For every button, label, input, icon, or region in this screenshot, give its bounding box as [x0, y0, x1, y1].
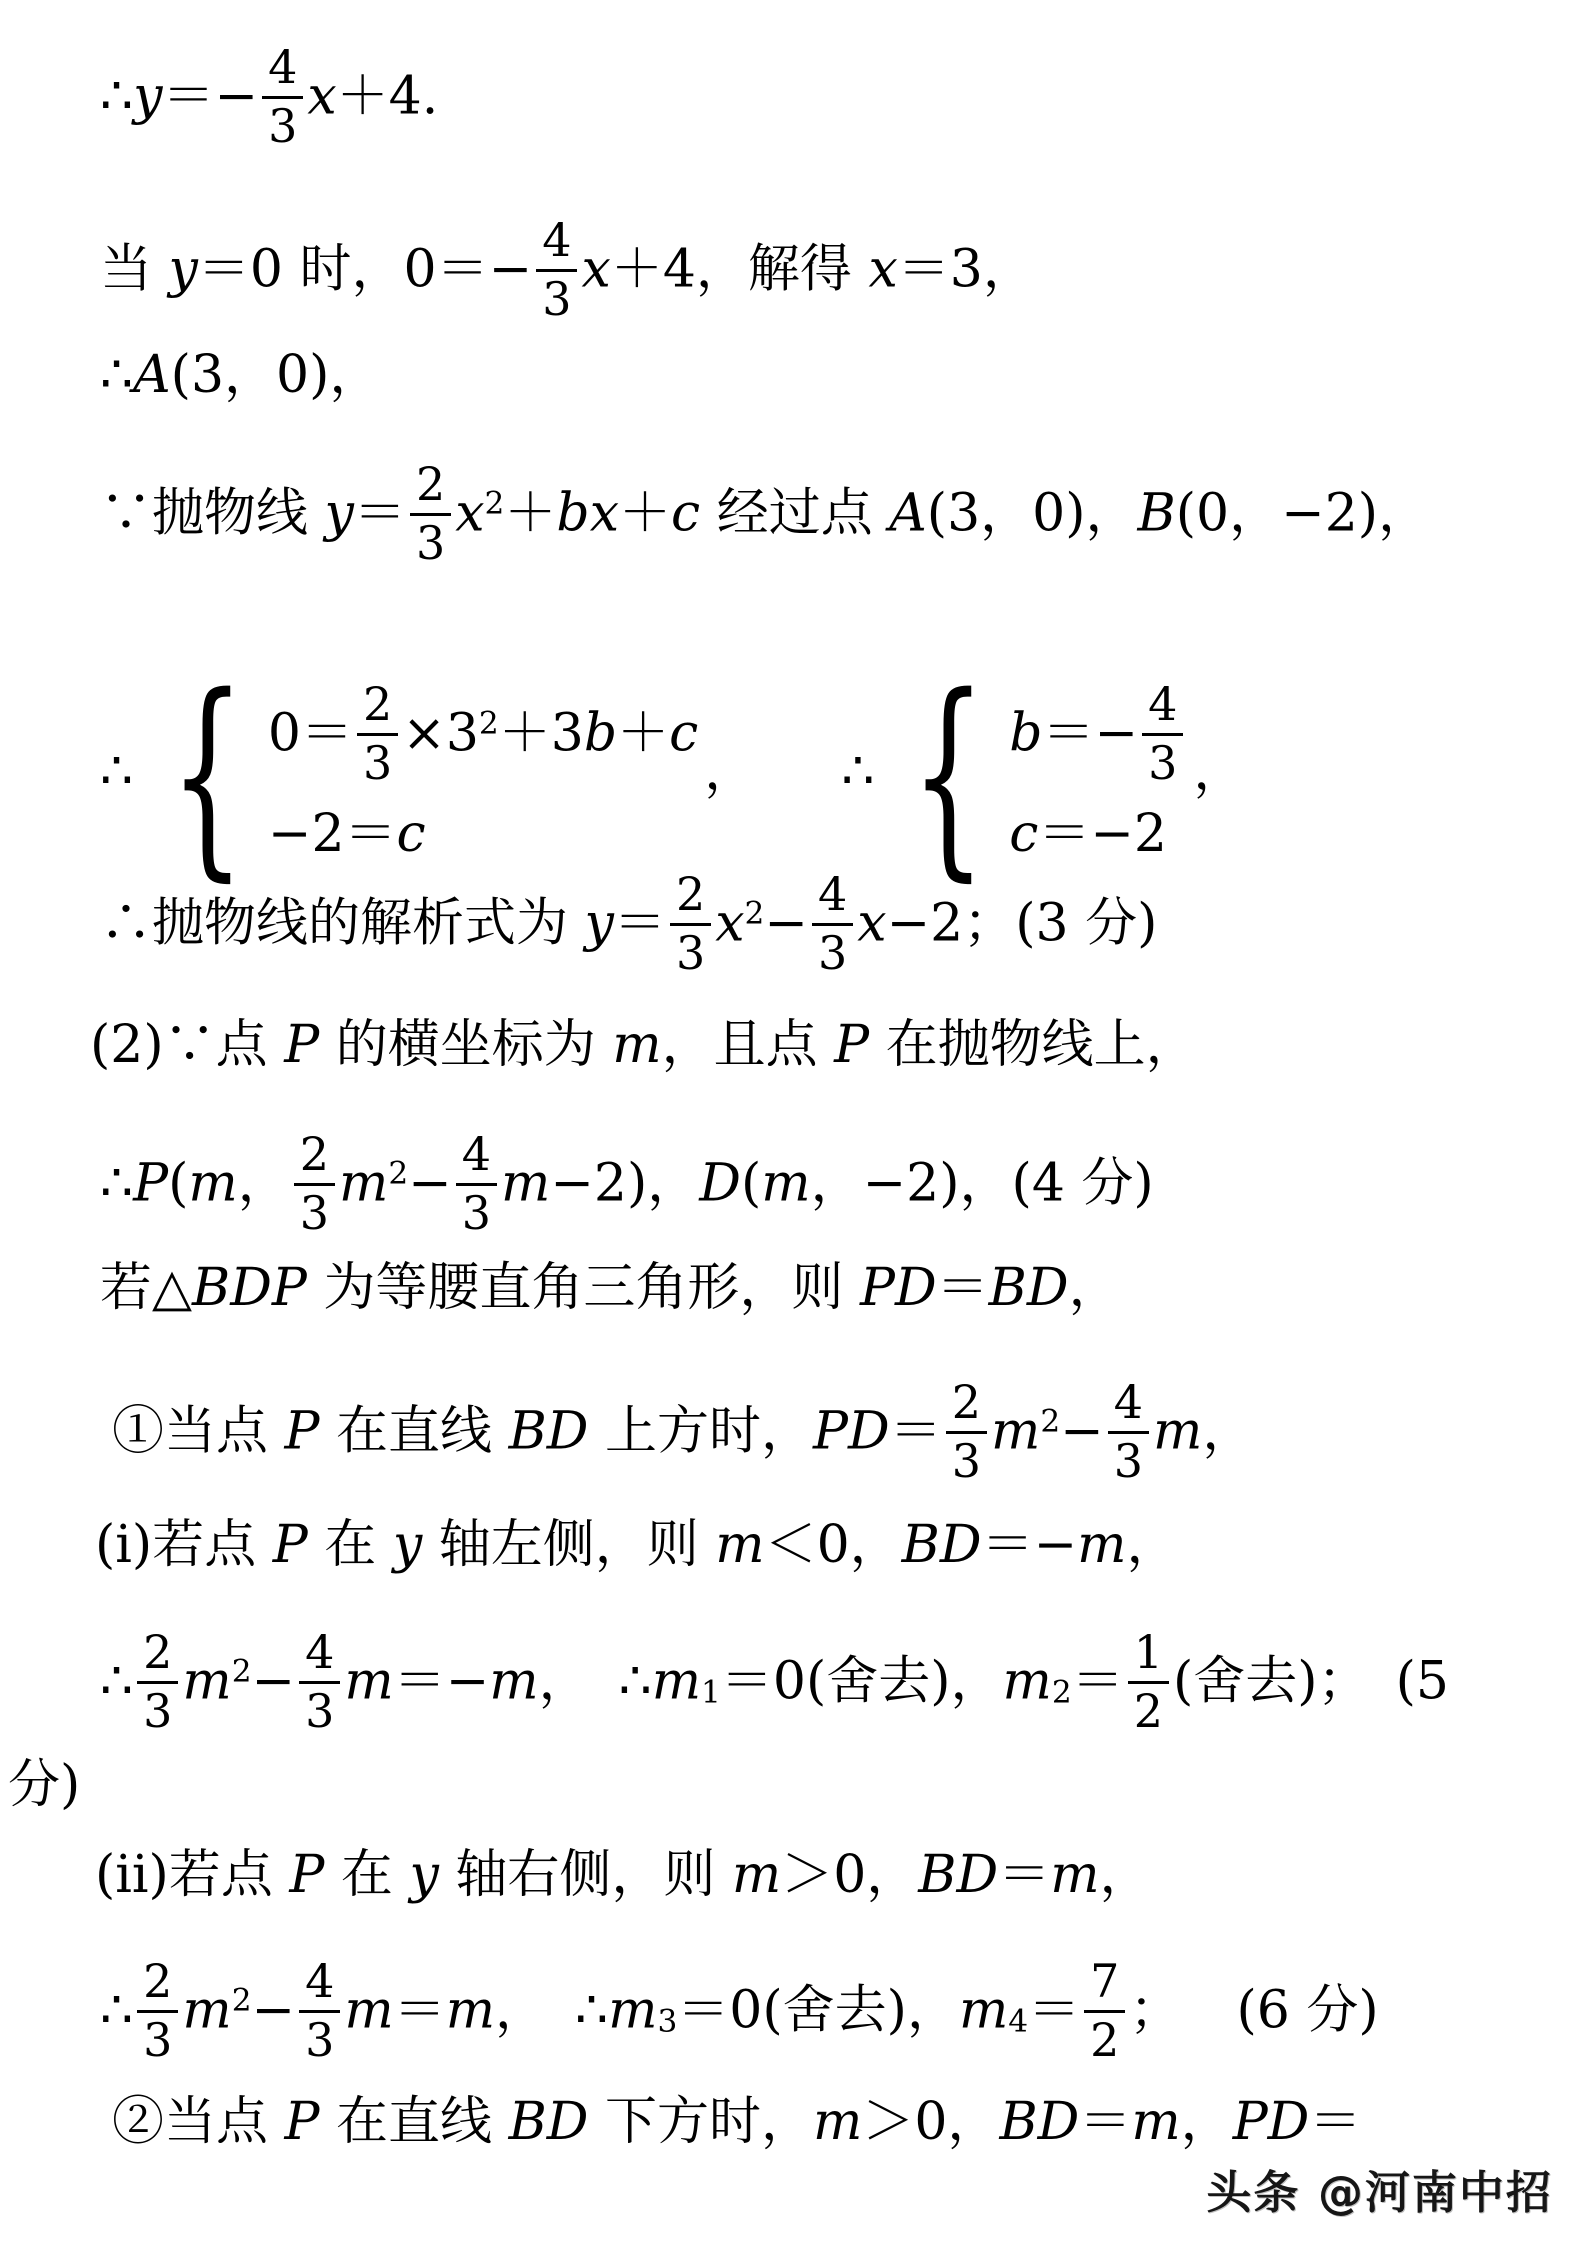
- numerator: 2: [137, 1957, 178, 2013]
- solution-line: (ii)若点 P 在 y 轴右侧，则 m＞0，BD＝m，: [95, 1843, 1152, 1908]
- math-text: ∵抛物线: [100, 484, 325, 544]
- math-variable: y: [585, 894, 614, 954]
- math-variable: bx: [556, 484, 619, 544]
- math-text: ＝: [1028, 1981, 1080, 2041]
- math-text: (: [168, 1154, 188, 1214]
- math-text: ＝−: [982, 1515, 1078, 1575]
- denominator: 3: [676, 926, 705, 979]
- denominator: 3: [542, 272, 571, 325]
- math-text: ＝−2: [1038, 804, 1167, 864]
- numerator: 4: [1142, 680, 1183, 736]
- math-text: −2；(3 分): [887, 894, 1158, 954]
- fraction: 23: [137, 1628, 178, 1736]
- math-variable: m: [344, 1981, 393, 2041]
- watermark: 头条 @河南中招: [1206, 2156, 1553, 2221]
- math-variable: m: [652, 1652, 701, 1712]
- math-variable: b: [584, 704, 617, 764]
- fraction: 23: [294, 1130, 335, 1238]
- math-variable: P: [284, 1015, 319, 1075]
- math-text: ，且点: [662, 1015, 835, 1075]
- math-text: ，: [539, 1652, 591, 1712]
- system-row: b＝−43: [1009, 683, 1187, 791]
- math-text: (0，−2)，: [1176, 484, 1430, 544]
- denominator: 3: [818, 926, 847, 979]
- numerator: 4: [456, 1130, 497, 1186]
- math-text: −: [252, 1652, 296, 1712]
- math-variable: P: [285, 2092, 320, 2152]
- solution-line: ∴{0＝23×32＋3b＋c−2＝c，∴{b＝−43c＝−2，: [100, 673, 1245, 877]
- math-text: (ii)若点: [95, 1845, 289, 1905]
- math-text: 在直线: [320, 1402, 509, 1462]
- equation-system: {0＝23×32＋3b＋c−2＝c: [139, 673, 698, 877]
- document-page: ∴y＝−43x＋4.当 y＝0 时，0＝−43x＋4，解得 x＝3，∴A(3，0…: [0, 0, 1587, 2245]
- math-text: ②当点: [112, 2092, 285, 2152]
- math-variable: y: [325, 484, 354, 544]
- math-variable: c: [1009, 804, 1038, 864]
- fraction: 23: [946, 1378, 987, 1486]
- math-text: ，: [1126, 1515, 1178, 1575]
- math-text: ＝−: [162, 67, 258, 127]
- math-variable: A: [889, 484, 927, 544]
- math-text: (5: [1396, 1652, 1449, 1712]
- denominator: 3: [363, 736, 392, 789]
- solution-line: ∴23m2−43m＝−m，∴m1＝0(舍去)，m2＝12(舍去)；(5: [100, 1631, 1449, 1739]
- math-text: ＝: [890, 1402, 942, 1462]
- math-text: ＝: [1309, 2092, 1361, 2152]
- solution-line: ∴抛物线的解析式为 y＝23x2−43x−2；(3 分): [100, 873, 1157, 981]
- math-variable: BD: [999, 2092, 1079, 2152]
- fraction: 23: [670, 870, 711, 978]
- math-variable: m: [608, 1981, 657, 2041]
- math-text: ＝: [998, 1845, 1050, 1905]
- math-text: ＝: [937, 1258, 989, 1318]
- math-variable: m: [813, 2092, 862, 2152]
- math-text: ∴: [575, 1981, 608, 2041]
- math-text: ＜0，: [765, 1515, 902, 1575]
- math-text: 当: [100, 240, 169, 300]
- math-text: ∴: [619, 1652, 652, 1712]
- math-variable: m: [182, 1981, 231, 2041]
- superscript: 2: [745, 896, 765, 932]
- math-text: ，: [1193, 742, 1245, 802]
- math-variable: m: [1050, 1845, 1099, 1905]
- math-variable: c: [671, 484, 700, 544]
- math-variable: P: [834, 1015, 869, 1075]
- math-text: ，: [495, 1981, 547, 2041]
- left-brace-icon: {: [911, 673, 986, 877]
- math-variable: P: [285, 1402, 320, 1462]
- equation-system: {b＝−43c＝−2: [880, 673, 1187, 877]
- math-text: ∴: [841, 742, 874, 802]
- math-variable: x: [868, 240, 897, 300]
- math-variable: P: [133, 1154, 168, 1214]
- math-text: ＞0，: [781, 1845, 918, 1905]
- math-text: ，−2)，(4 分): [811, 1154, 1154, 1214]
- fraction: 23: [357, 680, 398, 788]
- math-text: 下方时，: [589, 2092, 814, 2152]
- math-text: 分): [8, 1755, 80, 1815]
- math-variable: m: [182, 1652, 231, 1712]
- math-variable: PD: [860, 1258, 937, 1318]
- solution-line: ∴A(3，0)，: [100, 343, 381, 408]
- math-variable: m: [761, 1154, 810, 1214]
- system-row: c＝−2: [1009, 802, 1167, 867]
- denominator: 3: [462, 1186, 491, 1239]
- math-variable: m: [991, 1402, 1040, 1462]
- fraction: 43: [299, 1628, 340, 1736]
- math-text: 经过点: [700, 484, 889, 544]
- math-text: ，: [1202, 1402, 1254, 1462]
- math-text: ①当点: [112, 1402, 285, 1462]
- math-variable: y: [169, 240, 198, 300]
- solution-line: 若△BDP 为等腰直角三角形，则 PD＝BD，: [100, 1256, 1121, 1321]
- numerator: 2: [137, 1628, 178, 1684]
- denominator: 3: [416, 516, 445, 569]
- math-text: (3，0)，: [927, 484, 1138, 544]
- fraction: 43: [456, 1130, 497, 1238]
- solution-line: (i)若点 P 在 y 轴左侧，则 m＜0，BD＝−m，: [95, 1513, 1178, 1578]
- denominator: 2: [1090, 2013, 1119, 2066]
- superscript: 2: [479, 706, 499, 742]
- math-text: ＋: [617, 704, 669, 764]
- numerator: 2: [410, 460, 451, 516]
- denominator: 3: [143, 2013, 172, 2066]
- math-variable: m: [446, 1981, 495, 2041]
- fraction: 43: [262, 43, 303, 151]
- math-variable: D: [699, 1154, 741, 1214]
- math-text: ∴: [100, 1154, 133, 1214]
- math-variable: BD: [989, 1258, 1069, 1318]
- math-text: ×3: [402, 704, 479, 764]
- numerator: 4: [299, 1628, 340, 1684]
- math-variable: m: [1003, 1652, 1052, 1712]
- fraction: 23: [137, 1957, 178, 2065]
- math-text: ＞0，: [862, 2092, 999, 2152]
- math-variable: m: [732, 1845, 781, 1905]
- math-variable: BD: [902, 1515, 982, 1575]
- math-variable: m: [188, 1154, 237, 1214]
- solution-line: (2)∵点 P 的横坐标为 m，且点 P 在抛物线上，: [90, 1013, 1198, 1078]
- math-text: −: [252, 1981, 296, 2041]
- math-text: ＋: [619, 484, 671, 544]
- math-text: ＝0(舍去)，: [677, 1981, 959, 2041]
- math-variable: y: [393, 1515, 422, 1575]
- math-variable: B: [1138, 484, 1176, 544]
- math-text: ＝: [614, 894, 666, 954]
- math-text: ∴: [100, 1981, 133, 2041]
- math-variable: x: [307, 67, 336, 127]
- math-variable: m: [612, 1015, 661, 1075]
- math-text: −2＝: [268, 804, 397, 864]
- solution-line: ①当点 P 在直线 BD 上方时，PD＝23m2−43m，: [112, 1381, 1254, 1489]
- math-text: 在: [308, 1515, 393, 1575]
- math-variable: m: [1077, 1515, 1126, 1575]
- solution-line: 分): [8, 1753, 80, 1818]
- subscript: 3: [657, 2003, 677, 2039]
- math-variable: m: [715, 1515, 764, 1575]
- math-text: ＋4，解得: [611, 240, 869, 300]
- math-text: ＝−: [1043, 704, 1139, 764]
- denominator: 3: [305, 2013, 334, 2066]
- fraction: 43: [812, 870, 853, 978]
- math-text: 在抛物线上，: [869, 1015, 1198, 1075]
- numerator: 4: [1108, 1378, 1149, 1434]
- math-text: ＝: [1072, 1652, 1124, 1712]
- math-text: ＝−: [394, 1652, 490, 1712]
- denominator: 3: [268, 99, 297, 152]
- math-variable: c: [669, 704, 698, 764]
- numerator: 2: [357, 680, 398, 736]
- math-variable: b: [1009, 704, 1042, 764]
- numerator: 2: [294, 1130, 335, 1186]
- math-text: (2)∵点: [90, 1015, 284, 1075]
- fraction: 43: [1142, 680, 1183, 788]
- math-variable: m: [339, 1154, 388, 1214]
- math-variable: P: [273, 1515, 308, 1575]
- math-text: −: [408, 1154, 452, 1214]
- solution-line: ②当点 P 在直线 BD 下方时，m＞0，BD＝m，PD＝: [112, 2090, 1361, 2155]
- math-variable: m: [344, 1652, 393, 1712]
- math-text: 若△: [100, 1258, 192, 1318]
- math-text: ，: [1069, 1258, 1121, 1318]
- superscript: 2: [388, 1156, 408, 1192]
- subscript: 1: [701, 1674, 721, 1710]
- math-text: −: [764, 894, 808, 954]
- math-text: 在: [324, 1845, 409, 1905]
- math-variable: m: [501, 1154, 550, 1214]
- subscript: 4: [1008, 2003, 1028, 2039]
- math-text: ∴: [100, 1652, 133, 1712]
- math-text: 在直线: [320, 2092, 509, 2152]
- math-text: (舍去)；: [1173, 1652, 1370, 1712]
- math-text: ∴: [100, 345, 133, 405]
- fraction: 43: [536, 216, 577, 324]
- math-text: ∴: [100, 67, 133, 127]
- solution-line: 当 y＝0 时，0＝−43x＋4，解得 x＝3，: [100, 219, 1035, 327]
- math-variable: A: [133, 345, 171, 405]
- math-variable: x: [715, 894, 744, 954]
- math-text: ＋4.: [337, 67, 439, 127]
- math-text: 0＝: [268, 704, 353, 764]
- solution-line: ∴y＝−43x＋4.: [100, 46, 438, 154]
- denominator: 3: [143, 1684, 172, 1737]
- superscript: 2: [232, 1983, 252, 2019]
- fraction: 72: [1084, 1957, 1125, 2065]
- numerator: 4: [299, 1957, 340, 2013]
- math-text: ，: [704, 742, 756, 802]
- math-variable: c: [397, 804, 426, 864]
- math-text: (3，0)，: [171, 345, 382, 405]
- math-text: ∴抛物线的解析式为: [100, 894, 585, 954]
- math-text: ＝0(舍去)，: [721, 1652, 1003, 1712]
- denominator: 3: [300, 1186, 329, 1239]
- math-text: ＝: [394, 1981, 446, 2041]
- math-variable: x: [581, 240, 610, 300]
- math-text: 轴左侧，则: [422, 1515, 715, 1575]
- math-variable: y: [409, 1845, 438, 1905]
- numerator: 7: [1084, 1957, 1125, 2013]
- denominator: 2: [1134, 1684, 1163, 1737]
- solution-line: ∵抛物线 y＝23x2＋bx＋c 经过点 A(3，0)，B(0，−2)，: [100, 463, 1430, 571]
- numerator: 4: [262, 43, 303, 99]
- math-text: ，: [1181, 2092, 1233, 2152]
- fraction: 43: [299, 1957, 340, 2065]
- numerator: 4: [536, 216, 577, 272]
- math-variable: m: [1131, 2092, 1180, 2152]
- math-text: 的横坐标为: [319, 1015, 612, 1075]
- system-row: −2＝c: [268, 802, 426, 867]
- math-text: ＋3: [499, 704, 584, 764]
- math-text: ；: [1129, 1981, 1181, 2041]
- math-text: 上方时，: [589, 1402, 814, 1462]
- math-text: ＋: [504, 484, 556, 544]
- fraction: 43: [1108, 1378, 1149, 1486]
- math-text: 为等腰直角三角形，则: [307, 1258, 860, 1318]
- math-variable: y: [133, 67, 162, 127]
- math-text: 轴右侧，则: [439, 1845, 732, 1905]
- numerator: 2: [670, 870, 711, 926]
- math-variable: PD: [813, 1402, 890, 1462]
- math-text: −2)，: [550, 1154, 699, 1214]
- math-variable: x: [455, 484, 484, 544]
- superscript: 2: [1040, 1404, 1060, 1440]
- math-text: ，: [238, 1154, 290, 1214]
- denominator: 3: [1148, 736, 1177, 789]
- superscript: 2: [232, 1654, 252, 1690]
- math-variable: BD: [918, 1845, 998, 1905]
- fraction: 12: [1128, 1628, 1169, 1736]
- math-text: ＝: [354, 484, 406, 544]
- fraction: 23: [410, 460, 451, 568]
- denominator: 3: [305, 1684, 334, 1737]
- math-variable: PD: [1233, 2092, 1310, 2152]
- system-row: 0＝23×32＋3b＋c: [268, 683, 698, 791]
- math-variable: BD: [509, 2092, 589, 2152]
- math-variable: m: [1153, 1402, 1202, 1462]
- subscript: 2: [1052, 1674, 1072, 1710]
- math-text: (i)若点: [95, 1515, 273, 1575]
- math-text: ＝: [1079, 2092, 1131, 2152]
- math-variable: BDP: [192, 1258, 307, 1318]
- math-variable: m: [959, 1981, 1008, 2041]
- math-text: ＝3，: [898, 240, 1035, 300]
- math-variable: m: [489, 1652, 538, 1712]
- system-rows: 0＝23×32＋3b＋c−2＝c: [268, 683, 698, 866]
- denominator: 3: [952, 1434, 981, 1487]
- solution-line: ∴23m2−43m＝m，∴m3＝0(舍去)，m4＝72；(6 分): [100, 1960, 1379, 2068]
- numerator: 2: [946, 1378, 987, 1434]
- math-variable: x: [857, 894, 886, 954]
- denominator: 3: [1114, 1434, 1143, 1487]
- solution-line: ∴P(m，23m2−43m−2)，D(m，−2)，(4 分): [100, 1133, 1154, 1241]
- math-text: (: [741, 1154, 761, 1214]
- superscript: 2: [485, 486, 505, 522]
- math-text: ∴: [100, 742, 133, 802]
- math-text: ＝0 时，0＝−: [198, 240, 532, 300]
- system-rows: b＝−43c＝−2: [1009, 683, 1187, 866]
- numerator: 1: [1128, 1628, 1169, 1684]
- math-variable: BD: [509, 1402, 589, 1462]
- left-brace-icon: {: [170, 673, 245, 877]
- math-text: ，: [1100, 1845, 1152, 1905]
- math-variable: P: [289, 1845, 324, 1905]
- math-text: (6 分): [1236, 1981, 1378, 2041]
- math-text: −: [1060, 1402, 1104, 1462]
- numerator: 4: [812, 870, 853, 926]
